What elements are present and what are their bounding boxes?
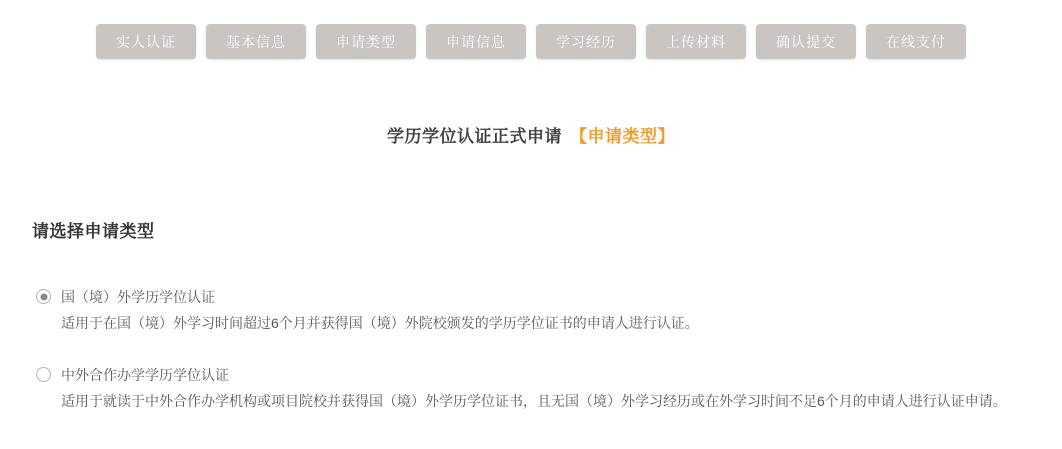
option-label[interactable]: 国（境）外学历学位认证 (61, 288, 699, 306)
option-foreign-degree[interactable]: 国（境）外学历学位认证 适用于在国（境）外学习时间超过6个月并获得国（境）外院校… (36, 288, 1030, 332)
option-description: 适用于在国（境）外学习时间超过6个月并获得国（境）外院校颁发的学历学位证书的申请… (61, 314, 699, 332)
page-title-highlight: 【申请类型】 (570, 127, 675, 146)
step-tab-upload-materials[interactable]: 上传材料 (646, 24, 746, 59)
option-joint-program-degree-text: 中外合作办学学历学位认证 适用于就读于中外合作办学机构或项目院校并获得国（境）外… (61, 366, 1007, 410)
option-joint-program-degree[interactable]: 中外合作办学学历学位认证 适用于就读于中外合作办学机构或项目院校并获得国（境）外… (36, 366, 1030, 410)
step-tab-application-type[interactable]: 申请类型 (316, 24, 416, 59)
step-tab-application-info[interactable]: 申请信息 (426, 24, 526, 59)
step-tab-confirm-submit[interactable]: 确认提交 (756, 24, 856, 59)
step-tab-online-payment[interactable]: 在线支付 (866, 24, 966, 59)
page-title-main: 学历学位认证正式申请 (387, 127, 562, 146)
application-type-options: 国（境）外学历学位认证 适用于在国（境）外学习时间超过6个月并获得国（境）外院校… (36, 288, 1030, 410)
radio-joint-program-degree[interactable] (36, 367, 51, 382)
radio-foreign-degree[interactable] (36, 289, 51, 304)
option-description: 适用于就读于中外合作办学机构或项目院校并获得国（境）外学历学位证书，且无国（境）… (61, 392, 1007, 410)
step-tab-real-person-auth[interactable]: 实人认证 (96, 24, 196, 59)
step-nav: 实人认证 基本信息 申请类型 申请信息 学习经历 上传材料 确认提交 在线支付 (0, 24, 1062, 59)
step-tab-study-experience[interactable]: 学习经历 (536, 24, 636, 59)
section-heading: 请选择申请类型 (32, 217, 1062, 242)
option-label[interactable]: 中外合作办学学历学位认证 (61, 366, 1007, 384)
option-foreign-degree-text: 国（境）外学历学位认证 适用于在国（境）外学习时间超过6个月并获得国（境）外院校… (61, 288, 699, 332)
page-title: 学历学位认证正式申请【申请类型】 (0, 122, 1062, 147)
step-tab-basic-info[interactable]: 基本信息 (206, 24, 306, 59)
